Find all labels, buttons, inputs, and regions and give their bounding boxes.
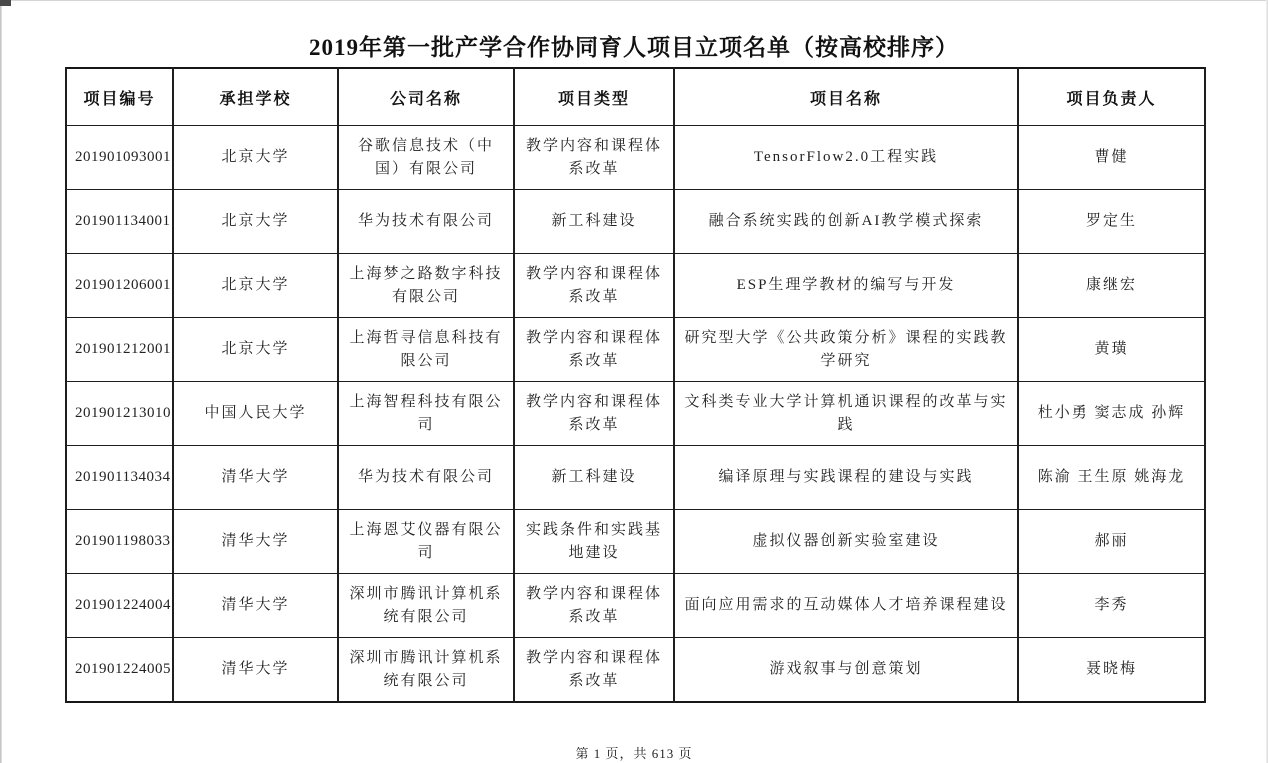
table-cell: 上海恩艾仪器有限公司	[338, 510, 514, 574]
column-header: 项目名称	[674, 68, 1018, 126]
table-cell: 融合系统实践的创新AI教学模式探索	[674, 190, 1018, 254]
scan-artifact-corner	[0, 0, 11, 6]
table-row: 201901093001北京大学谷歌信息技术（中国）有限公司教学内容和课程体系改…	[66, 126, 1205, 190]
table-cell: 郝丽	[1018, 510, 1205, 574]
table-cell: 201901224005	[66, 638, 173, 703]
table-cell: 聂晓梅	[1018, 638, 1205, 703]
table-header-row: 项目编号承担学校公司名称项目类型项目名称项目负责人	[66, 68, 1205, 126]
table-row: 201901224004清华大学深圳市腾讯计算机系统有限公司教学内容和课程体系改…	[66, 574, 1205, 638]
table-cell: 研究型大学《公共政策分析》课程的实践教学研究	[674, 318, 1018, 382]
table-cell: 新工科建设	[514, 446, 674, 510]
table-cell: 编译原理与实践课程的建设与实践	[674, 446, 1018, 510]
table-cell: 深圳市腾讯计算机系统有限公司	[338, 638, 514, 703]
table-cell: 201901198033	[66, 510, 173, 574]
table-cell: 新工科建设	[514, 190, 674, 254]
table-cell: 谷歌信息技术（中国）有限公司	[338, 126, 514, 190]
table-cell: 201901213010	[66, 382, 173, 446]
table-cell: 201901212001	[66, 318, 173, 382]
table-cell: 教学内容和课程体系改革	[514, 638, 674, 703]
table-cell: 虚拟仪器创新实验室建设	[674, 510, 1018, 574]
table-cell: 教学内容和课程体系改革	[514, 318, 674, 382]
table-cell: 教学内容和课程体系改革	[514, 126, 674, 190]
table-cell: 201901134001	[66, 190, 173, 254]
table-cell: 面向应用需求的互动媒体人才培养课程建设	[674, 574, 1018, 638]
table-cell: 罗定生	[1018, 190, 1205, 254]
table-row: 201901134001北京大学华为技术有限公司新工科建设融合系统实践的创新AI…	[66, 190, 1205, 254]
table-cell: 陈渝 王生原 姚海龙	[1018, 446, 1205, 510]
scan-artifact-top-edge	[0, 0, 1268, 1]
column-header: 项目编号	[66, 68, 173, 126]
column-header: 公司名称	[338, 68, 514, 126]
table-cell: 实践条件和实践基地建设	[514, 510, 674, 574]
table-cell: 清华大学	[173, 638, 338, 703]
table-cell: 游戏叙事与创意策划	[674, 638, 1018, 703]
table-cell: 康继宏	[1018, 254, 1205, 318]
column-header: 项目负责人	[1018, 68, 1205, 126]
table-cell: 清华大学	[173, 510, 338, 574]
table-cell: 杜小勇 窦志成 孙辉	[1018, 382, 1205, 446]
table-cell: 北京大学	[173, 254, 338, 318]
table-cell: 教学内容和课程体系改革	[514, 254, 674, 318]
table-cell: 清华大学	[173, 446, 338, 510]
table-cell: TensorFlow2.0工程实践	[674, 126, 1018, 190]
table-cell: 华为技术有限公司	[338, 446, 514, 510]
table-cell: 深圳市腾讯计算机系统有限公司	[338, 574, 514, 638]
column-header: 项目类型	[514, 68, 674, 126]
table-cell: 201901134034	[66, 446, 173, 510]
scan-artifact-left-edge	[0, 0, 2, 763]
table-cell: 201901206001	[66, 254, 173, 318]
table-cell: 教学内容和课程体系改革	[514, 382, 674, 446]
table-cell: 中国人民大学	[173, 382, 338, 446]
table-cell: ESP生理学教材的编写与开发	[674, 254, 1018, 318]
projects-table: 项目编号承担学校公司名称项目类型项目名称项目负责人 201901093001北京…	[65, 67, 1206, 703]
table-row: 201901134034清华大学华为技术有限公司新工科建设编译原理与实践课程的建…	[66, 446, 1205, 510]
table-cell: 清华大学	[173, 574, 338, 638]
table-cell: 李秀	[1018, 574, 1205, 638]
table-cell: 上海智程科技有限公司	[338, 382, 514, 446]
table-row: 201901213010中国人民大学上海智程科技有限公司教学内容和课程体系改革文…	[66, 382, 1205, 446]
table-body: 201901093001北京大学谷歌信息技术（中国）有限公司教学内容和课程体系改…	[66, 126, 1205, 703]
table-row: 201901224005清华大学深圳市腾讯计算机系统有限公司教学内容和课程体系改…	[66, 638, 1205, 703]
table-cell: 黄璜	[1018, 318, 1205, 382]
table-cell: 上海梦之路数字科技有限公司	[338, 254, 514, 318]
table-cell: 华为技术有限公司	[338, 190, 514, 254]
table-cell: 北京大学	[173, 190, 338, 254]
table-cell: 上海哲寻信息科技有限公司	[338, 318, 514, 382]
table-row: 201901212001北京大学上海哲寻信息科技有限公司教学内容和课程体系改革研…	[66, 318, 1205, 382]
table-cell: 北京大学	[173, 318, 338, 382]
table-cell: 曹健	[1018, 126, 1205, 190]
table-cell: 201901093001	[66, 126, 173, 190]
table-cell: 文科类专业大学计算机通识课程的改革与实践	[674, 382, 1018, 446]
table-cell: 教学内容和课程体系改革	[514, 574, 674, 638]
table-cell: 北京大学	[173, 126, 338, 190]
table-cell: 201901224004	[66, 574, 173, 638]
table-row: 201901198033清华大学上海恩艾仪器有限公司实践条件和实践基地建设虚拟仪…	[66, 510, 1205, 574]
page-title: 2019年第一批产学合作协同育人项目立项名单（按高校排序）	[0, 29, 1268, 62]
table-row: 201901206001北京大学上海梦之路数字科技有限公司教学内容和课程体系改革…	[66, 254, 1205, 318]
page-number-footer: 第 1 页，共 613 页	[0, 743, 1268, 762]
column-header: 承担学校	[173, 68, 338, 126]
